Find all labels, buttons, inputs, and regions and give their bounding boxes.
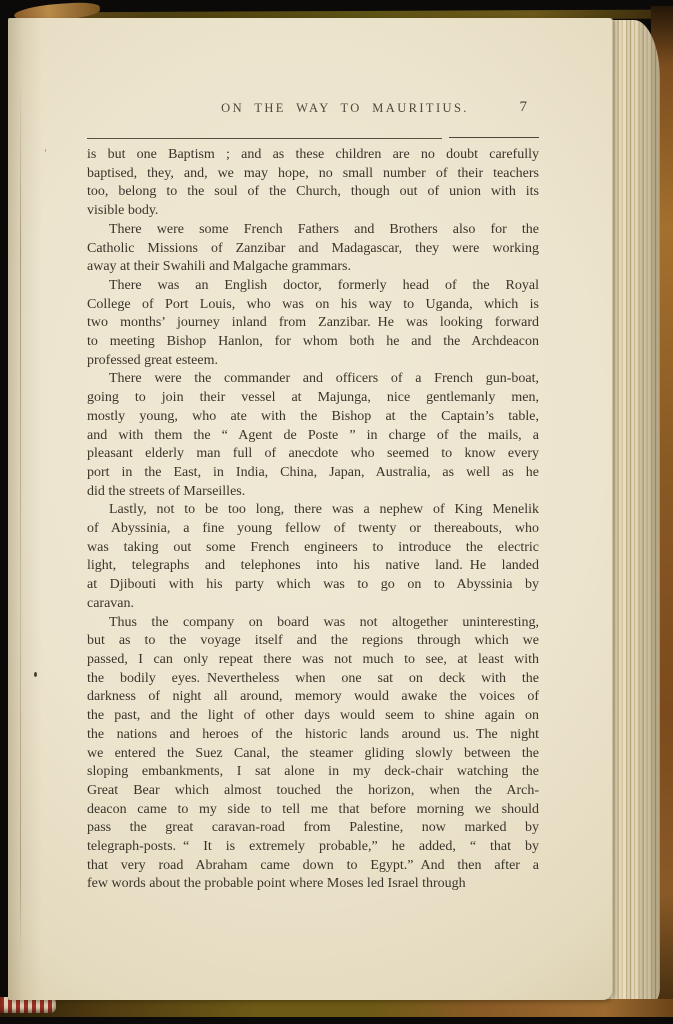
- text-line: the past, and the light of other days wo…: [87, 707, 539, 726]
- text-line: College of Port Louis, who was on his wa…: [87, 296, 539, 315]
- header-rule-right: [449, 137, 539, 138]
- text-line: There were some French Fathers and Broth…: [87, 221, 539, 240]
- header-rule-left: [87, 138, 442, 139]
- text-line: pass the great caravan-road from Palesti…: [87, 819, 539, 838]
- text-line: and with them the “ Agent de Poste ” in …: [87, 427, 539, 446]
- book-cover-bottom-edge: [0, 999, 673, 1017]
- text-line: sloping embankments, I sat alone in my d…: [87, 763, 539, 782]
- text-line: few words about the probable point where…: [87, 875, 539, 894]
- page-header: ON THE WAY TO MAURITIUS. 7: [87, 101, 539, 121]
- page-number: 7: [520, 99, 528, 116]
- text-line: passed, I can only repeat there was not …: [87, 651, 539, 670]
- text-line: darkness of night all around, memory wou…: [87, 688, 539, 707]
- paragraph: There were the commander and officers of…: [87, 370, 539, 501]
- text-line: mostly young, who ate with the Bishop at…: [87, 408, 539, 427]
- page-text: is but one Baptism ; and as these childr…: [87, 146, 539, 894]
- text-line: but as to the voyage itself and the regi…: [87, 632, 539, 651]
- text-line: two months’ journey inland from Zanzibar…: [87, 314, 539, 333]
- text-line: baptised, they, and, we may hope, no sma…: [87, 165, 539, 184]
- text-line: is but one Baptism ; and as these childr…: [87, 146, 539, 165]
- text-line: that very road Abraham came down to Egyp…: [87, 857, 539, 876]
- text-line: Lastly, not to be too long, there was a …: [87, 501, 539, 520]
- page-crease-line: [20, 78, 21, 958]
- paragraph: There were some French Fathers and Broth…: [87, 221, 539, 277]
- text-line: Great Bear which almost touched the hori…: [87, 782, 539, 801]
- running-title: ON THE WAY TO MAURITIUS.: [221, 101, 469, 116]
- text-line: did the streets of Marseilles.: [87, 483, 539, 502]
- ink-speck: [34, 672, 37, 677]
- text-line: There were the commander and officers of…: [87, 370, 539, 389]
- text-line: visible body.: [87, 202, 539, 221]
- text-line: we entered the Suez Canal, the steamer g…: [87, 745, 539, 764]
- text-line: pleasant elderly man full of anecdote wh…: [87, 445, 539, 464]
- text-line: Thus the company on board was not altoge…: [87, 614, 539, 633]
- paragraph: Lastly, not to be too long, there was a …: [87, 501, 539, 613]
- text-line: the bodily eyes. Nevertheless when one s…: [87, 670, 539, 689]
- book-page: ON THE WAY TO MAURITIUS. 7 is but one Ba…: [8, 18, 612, 1000]
- paragraph: Thus the company on board was not altoge…: [87, 614, 539, 895]
- text-line: going to join their vessel at Majunga, n…: [87, 389, 539, 408]
- text-line: caravan.: [87, 595, 539, 614]
- text-line: of Abyssinia, a fine young fellow of twe…: [87, 520, 539, 539]
- text-line: There was an English doctor, formerly he…: [87, 277, 539, 296]
- text-line: light, telegraphs and telephones into hi…: [87, 557, 539, 576]
- text-line: away at their Swahili and Malgache gramm…: [87, 258, 539, 277]
- text-line: was taking out some French engineers to …: [87, 539, 539, 558]
- photo-background: ON THE WAY TO MAURITIUS. 7 is but one Ba…: [0, 0, 673, 1024]
- text-line: port in the East, in India, China, Japan…: [87, 464, 539, 483]
- gutter-shadow: [8, 18, 42, 1000]
- text-line: Catholic Missions of Zanzibar and Madaga…: [87, 240, 539, 259]
- text-line: the nations and heroes of the historic l…: [87, 726, 539, 745]
- text-line: to meeting Bishop Hanlon, for whom both …: [87, 333, 539, 352]
- text-line: deacon came to my side to tell me that b…: [87, 801, 539, 820]
- text-line: at Djibouti with his party which was to …: [87, 576, 539, 595]
- text-line: professed great esteem.: [87, 352, 539, 371]
- text-line: telegraph-posts. “ It is extremely proba…: [87, 838, 539, 857]
- paragraph: There was an English doctor, formerly he…: [87, 277, 539, 371]
- paragraph: is but one Baptism ; and as these childr…: [87, 146, 539, 221]
- text-line: too, belong to the soul of the Church, t…: [87, 183, 539, 202]
